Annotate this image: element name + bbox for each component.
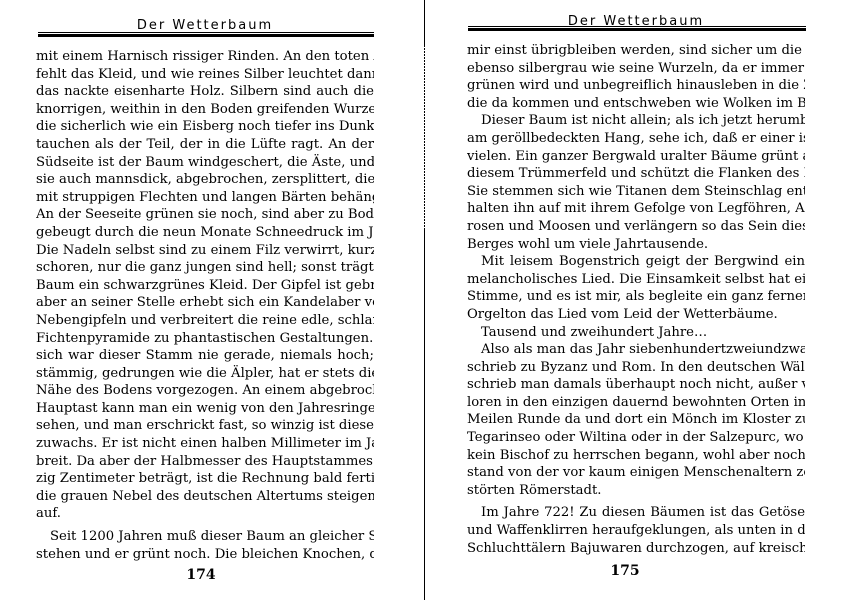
- text-line: loren in den einzigen dauernd bewohnten …: [467, 394, 805, 412]
- text-line: Berges wohl um viele Jahrtausende.: [467, 236, 805, 254]
- text-line: Mit leisem Bogenstrich geigt der Bergwin…: [467, 253, 805, 271]
- text-line: ebenso silbergrau wie seine Wurzeln, da …: [467, 60, 805, 78]
- header-rule-thin: [38, 32, 374, 33]
- page-number: 175: [595, 563, 655, 579]
- text-line: Baum ein schwarzgrünes Kleid. Der Gipfel…: [36, 277, 374, 295]
- text-line: mit einem Harnisch rissiger Rinden. An d…: [36, 48, 374, 66]
- text-line: diesem Trümmerfeld und schützt die Flank…: [467, 165, 805, 183]
- text-line: sie auch mannsdick, abgebrochen, zerspli…: [36, 171, 374, 189]
- text-line: zuwachs. Er ist nicht einen halben Milli…: [36, 435, 374, 453]
- text-line: mir einst übrigbleiben werden, sind sich…: [467, 42, 805, 60]
- text-line: zig Zentimeter beträgt, ist die Rechnung…: [36, 470, 374, 488]
- text-line: rosen und Moosen und verlängern so das S…: [467, 218, 805, 236]
- text-line: Orgelton das Lied vom Leid der Wetterbäu…: [467, 306, 805, 324]
- body-text: mir einst übrigbleiben werden, sind sich…: [467, 42, 805, 557]
- text-line: die grauen Nebel des deutschen Altertums…: [36, 488, 374, 506]
- text-line: Fichtenpyramide zu phantastischen Gestal…: [36, 330, 374, 348]
- text-line: am geröllbedeckten Hang, sehe ich, daß e…: [467, 130, 805, 148]
- text-line: und Waffenklirren heraufgeklungen, als u…: [467, 522, 805, 540]
- text-line: Hauptast kann man ein wenig von den Jahr…: [36, 400, 374, 418]
- text-line: vielen. Ein ganzer Bergwald uralter Bäum…: [467, 148, 805, 166]
- text-line: auf.: [36, 505, 374, 523]
- text-line: mit struppigen Flechten und langen Bärte…: [36, 189, 374, 207]
- text-line: An der Seeseite grünen sie noch, sind ab…: [36, 206, 374, 224]
- page-number: 174: [171, 567, 231, 583]
- text-line: Südseite ist der Baum windgeschert, die …: [36, 154, 374, 172]
- running-head: Der Wetterbaum: [36, 18, 374, 33]
- text-line: Nähe des Bodens vorgezogen. An einem abg…: [36, 382, 374, 400]
- text-line: die sicherlich wie ein Eisberg noch tief…: [36, 118, 374, 136]
- text-line: halten ihn auf mit ihrem Gefolge von Leg…: [467, 200, 805, 218]
- text-line: stehen und er grünt noch. Die bleichen K…: [36, 546, 374, 564]
- text-line: sich war dieser Stamm nie gerade, niemal…: [36, 347, 374, 365]
- text-line: stämmig, gedrungen wie die Älpler, hat e…: [36, 365, 374, 383]
- text-line: das nackte eisenharte Holz. Silbern sind…: [36, 83, 374, 101]
- body-text: mit einem Harnisch rissiger Rinden. An d…: [36, 48, 374, 563]
- text-line: Tausend und zweihundert Jahre…: [467, 324, 805, 342]
- text-line: schrieb man damals überhaupt noch nicht,…: [467, 376, 805, 394]
- text-line: Die Nadeln selbst sind zu einem Filz ver…: [36, 242, 374, 260]
- text-line: Stimme, und es ist mir, als begleite ein…: [467, 288, 805, 306]
- text-line: melancholisches Lied. Die Einsamkeit sel…: [467, 271, 805, 289]
- text-line: schoren, nur die ganz jungen sind hell; …: [36, 259, 374, 277]
- text-line: Sie stemmen sich wie Titanen dem Steinsc…: [467, 183, 805, 201]
- text-line: breit. Da aber der Halbmesser des Haupts…: [36, 453, 374, 471]
- text-line: Nebengipfeln und verbreitert die reine e…: [36, 312, 374, 330]
- text-line: kein Bischof zu herrschen begann, wohl a…: [467, 447, 805, 465]
- text-line: schrieb zu Byzanz und Rom. In den deutsc…: [467, 359, 805, 377]
- text-line: Dieser Baum ist nicht allein; als ich je…: [467, 112, 805, 130]
- text-line: sehen, und man erschrickt fast, so winzi…: [36, 417, 374, 435]
- text-line: aber an seiner Stelle erhebt sich ein Ka…: [36, 294, 374, 312]
- left-page: Der Wetterbaum mit einem Harnisch rissig…: [0, 0, 424, 600]
- text-line: Schluchttälern Bajuwaren durchzogen, auf…: [467, 540, 805, 558]
- text-line: gebeugt durch die neun Monate Schneedruc…: [36, 224, 374, 242]
- text-line: störten Römerstadt.: [467, 482, 805, 500]
- text-line: die da kommen und entschweben wie Wolken…: [467, 95, 805, 113]
- text-line: Im Jahre 722! Zu diesen Bäumen ist das G…: [467, 504, 805, 522]
- text-line: tauchen als der Teil, der in die Lüfte r…: [36, 136, 374, 154]
- text-line: Meilen Runde da und dort ein Mönch im Kl…: [467, 411, 805, 429]
- text-line: Also als man das Jahr siebenhundertzweiu…: [467, 341, 805, 359]
- header-rule: [38, 34, 374, 37]
- header-rule-thin: [468, 26, 806, 27]
- right-page: Der Wetterbaum mir einst übrigbleiben we…: [424, 0, 841, 600]
- text-line: fehlt das Kleid, und wie reines Silber l…: [36, 66, 374, 84]
- text-line: Seit 1200 Jahren muß dieser Baum an glei…: [36, 528, 374, 546]
- text-line: stand von der vor kaum einigen Menschena…: [467, 464, 805, 482]
- text-line: grünen wird und unbegreiflich hinauslebe…: [467, 77, 805, 95]
- header-rule: [468, 28, 806, 31]
- text-line: Tegarinseo oder Wiltina oder in der Salz…: [467, 429, 805, 447]
- text-line: knorrigen, weithin in den Boden greifend…: [36, 101, 374, 119]
